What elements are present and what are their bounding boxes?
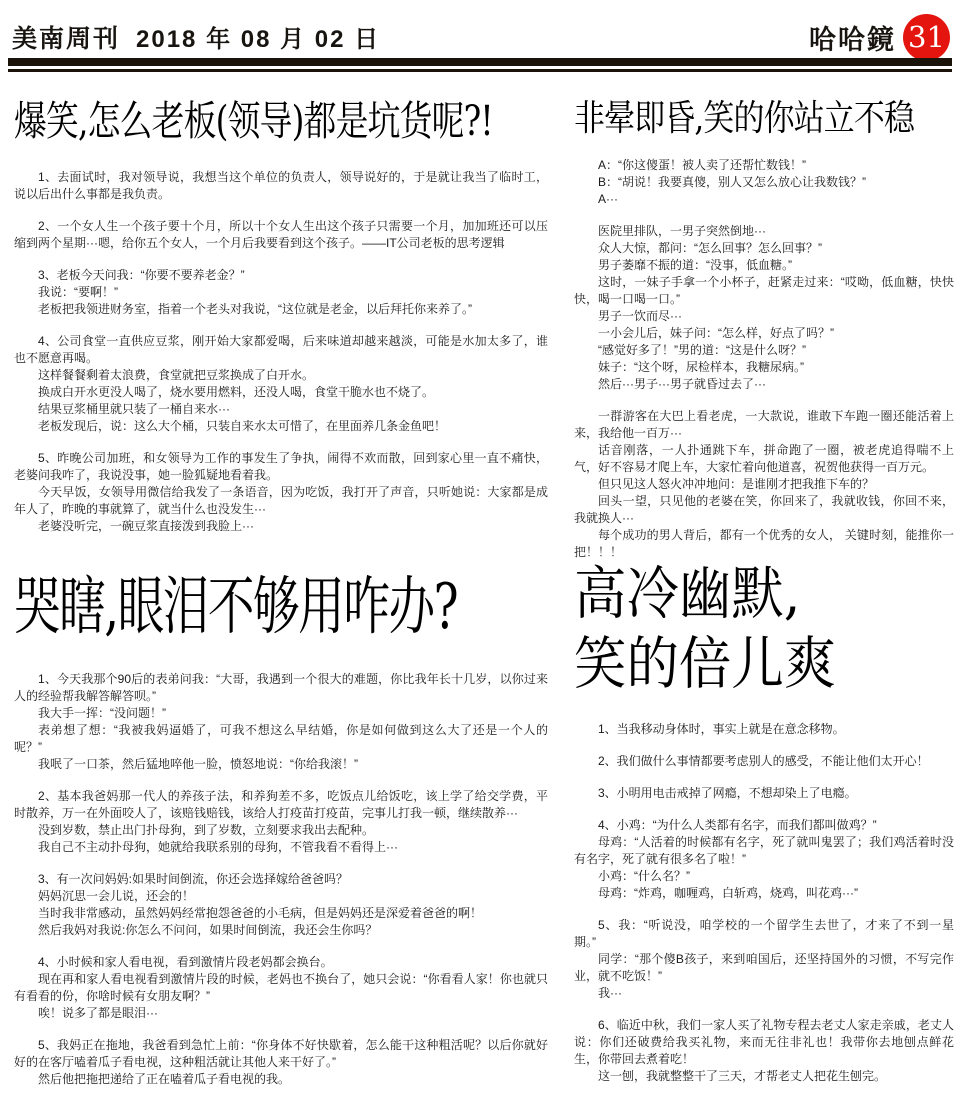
joke-paragraph: 我呡了一口茶，然后猛地啐他一脸，愤怒地说：“你给我滚！” [14,756,548,773]
joke-paragraph: 老板发现后，说：这么大个桶，只装自来水太可惜了，在里面养几条金鱼吧！ [14,418,548,435]
page-header: 美南周刊 2018 年 08 月 02 日 哈哈鏡 31 [12,14,950,60]
joke-paragraph: 每个成功的男人背后，都有一个优秀的女人， 关键时刻，能推你一把！！！ [574,527,954,561]
article-cool-jokes: 高冷幽默,笑的倍儿爽 1、当我移动身体时，事实上就是在意念移物。2、我们做什么事… [574,560,954,1100]
joke-block: 1、今天我那个90后的表弟问我：“大哥，我遇到一个很大的难题，你比我年长十几岁，… [14,671,548,773]
joke-block: 2、一个女人生一个孩子要十个月，所以十个女人生出这个孩子只需要一个月，加加班还可… [14,218,548,252]
joke-block: A：“你这傻蛋！被人卖了还帮忙数钱！”B：“胡说！我要真傻，别人又怎么放心让我数… [574,157,954,208]
joke-block: 4、小鸡：“为什么人类都有名字，而我们都叫做鸡？”母鸡：“人活着的时候都有名字，… [574,817,954,902]
joke-paragraph: 表弟想了想：“我被我妈逼婚了，可我不想这么早结婚，你是如何做到这么大了还是一个人… [14,722,548,756]
joke-paragraph: 同学：“那个傻B孩子，来到咱国后，还坚持国外的习惯，不写完作业，就不吃饭！” [574,951,954,985]
article-title: 爆笑,怎么老板(领导)都是坑货呢?! [14,88,441,147]
joke-block: 5、我妈正在拖地，我爸看到急忙上前：“你身体不好快歇着，怎么能干这种粗活呢？以后… [14,1037,548,1088]
joke-paragraph: 现在再和家人看电视看到激情片段的时候，老妈也不换台了，她只会说：“你看看人家！你… [14,971,548,1005]
joke-block: 4、小时候和家人看电视，看到激情片段老妈都会换台。现在再和家人看电视看到激情片段… [14,954,548,1022]
joke-paragraph: 这一刨，我就整整干了三天，才帮老丈人把花生刨完。 [574,1068,954,1085]
joke-paragraph: 母鸡：“炸鸡，咖喱鸡，白斩鸡，烧鸡，叫花鸡···” [574,885,954,902]
article-title: 高冷幽默,笑的倍儿爽 [574,560,924,699]
header-divider [8,58,952,72]
newspaper-page: 美南周刊 2018 年 08 月 02 日 哈哈鏡 31 爆笑,怎么老板(领导)… [0,0,960,1104]
joke-paragraph: B：“胡说！我要真傻，别人又怎么放心让我数钱？” [574,174,954,191]
joke-paragraph: 医院里排队，一男子突然倒地··· [574,223,954,240]
issue-date: 2018 年 08 月 02 日 [136,19,380,54]
masthead-block: 美南周刊 2018 年 08 月 02 日 [12,19,380,55]
joke-block: 医院里排队，一男子突然倒地···众人大惊，都问：“怎么回事？怎么回事？”男子萎靡… [574,223,954,393]
joke-paragraph: 然后我妈对我说:你怎么不问问，如果时间倒流，我还会生你吗？ [14,922,548,939]
joke-paragraph: 1、去面试时，我对领导说，我想当这个单位的负责人，领导说好的，于是就让我当了临时… [14,169,548,203]
joke-block: 5、昨晚公司加班，和女领导为工作的事发生了争执，闹得不欢而散，回到家心里一直不痛… [14,450,548,535]
joke-block: 1、当我移动身体时，事实上就是在意念移物。 [574,721,954,738]
joke-paragraph: 3、小明用电击戒掉了网瘾，不想却染上了电瘾。 [574,785,954,802]
joke-paragraph: 换成白开水更没人喝了，烧水要用燃料，还没人喝，食堂干脆水也不烧了。 [14,384,548,401]
joke-paragraph: 众人大惊，都问：“怎么回事？怎么回事？” [574,240,954,257]
joke-block: 6、临近中秋，我们一家人买了礼物专程去老丈人家走亲戚，老丈人说：你们还破费给我买… [574,1017,954,1085]
article-body: A：“你这傻蛋！被人卖了还帮忙数钱！”B：“胡说！我要真傻，别人又怎么放心让我数… [574,157,954,561]
divider-thick-line [8,58,952,66]
joke-block: 3、有一次问妈妈:如果时间倒流，你还会选择嫁给爸爸吗？妈妈沉思一会儿说，还会的！… [14,871,548,939]
joke-paragraph: “感觉好多了！”男的道：“这是什么呀？” [574,342,954,359]
joke-paragraph: 妹子：“这个呀，尿检样本，我糖尿病。” [574,359,954,376]
joke-paragraph: 2、基本我爸妈那一代人的养孩子法，和养狗差不多，吃饭点儿给饭吃，该上学了给交学费… [14,788,548,822]
joke-block: 2、我们做什么事情都要考虑别人的感受，不能让他们太开心！ [574,753,954,770]
article-body: 1、去面试时，我对领导说，我想当这个单位的负责人，领导说好的，于是就让我当了临时… [14,169,548,535]
joke-paragraph: 5、我妈正在拖地，我爸看到急忙上前：“你身体不好快歇着，怎么能干这种粗活呢？以后… [14,1037,548,1071]
joke-paragraph: 2、一个女人生一个孩子要十个月，所以十个女人生出这个孩子只需要一个月，加加班还可… [14,218,548,252]
joke-paragraph: 这样餐餐剩着太浪费，食堂就把豆浆换成了白开水。 [14,367,548,384]
joke-paragraph: 结果豆浆桶里就只装了一桶自来水··· [14,401,548,418]
joke-paragraph: 但只见这人怒火冲冲地问：是谁刚才把我推下车的？ [574,476,954,493]
joke-block: 4、公司食堂一直供应豆浆，刚开始大家都爱喝，后来味道却越来越淡，可能是水加太多了… [14,333,548,435]
joke-paragraph: 这时，一妹子手拿一个小杯子，赶紧走过来：“哎呦，低血糖，快快快，喝一口喝一口。” [574,274,954,308]
joke-paragraph: 回头一望，只见他的老婆在笑，你回来了，我就收钱，你回不来，我就换人··· [574,493,954,527]
page-number-badge: 31 [903,14,950,61]
joke-paragraph: 小鸡：“什么名？” [574,868,954,885]
joke-paragraph: 我··· [574,985,954,1002]
joke-paragraph: 我大手一挥：“没问题！” [14,705,548,722]
article-cry-jokes: 哭瞎,眼泪不够用咋办? 1、今天我那个90后的表弟问我：“大哥，我遇到一个很大的… [14,556,548,1103]
joke-paragraph: 男子萎靡不振的道：“没事，低血糖。” [574,257,954,274]
joke-paragraph: 然后他把拖把递给了正在嗑着瓜子看电视的我。 [14,1071,548,1088]
joke-paragraph: 母鸡：“人活着的时候都有名字，死了就叫鬼罢了；我们鸡活着时没有名字，死了就有很多… [574,834,954,868]
joke-paragraph: 1、当我移动身体时，事实上就是在意念移物。 [574,721,954,738]
joke-paragraph: 5、我：“听说没，咱学校的一个留学生去世了，才来了不到一星期。” [574,917,954,951]
article-title: 哭瞎,眼泪不够用咋办? [14,556,409,647]
divider-thin-line [8,69,952,72]
joke-block: 5、我：“听说没，咱学校的一个留学生去世了，才来了不到一星期。”同学：“那个傻B… [574,917,954,1002]
joke-paragraph: 一小会儿后，妹子问：“怎么样，好点了吗？” [574,325,954,342]
joke-paragraph: 妈妈沉思一会儿说，还会的！ [14,888,548,905]
article-title-line2: 笑的倍儿爽 [574,631,836,697]
joke-paragraph: 一群游客在大巴上看老虎，一大款说，谁敢下车跑一圈还能活着上来，我给他一百万··· [574,408,954,442]
joke-block: 一群游客在大巴上看老虎，一大款说，谁敢下车跑一圈还能活着上来，我给他一百万···… [574,408,954,561]
joke-paragraph: 我自己不主动扑母狗，她就给我联系别的母狗，不管我看不看得上··· [14,839,548,856]
joke-block: 1、去面试时，我对领导说，我想当这个单位的负责人，领导说好的，于是就让我当了临时… [14,169,548,203]
section-block: 哈哈鏡 31 [809,14,950,61]
joke-paragraph: 老婆没听完，一碗豆浆直接泼到我脸上··· [14,518,548,535]
joke-paragraph: A··· [574,191,954,208]
joke-paragraph: 3、老板今天问我：“你要不要养老金？” [14,267,548,284]
joke-paragraph: 2、我们做什么事情都要考虑别人的感受，不能让他们太开心！ [574,753,954,770]
joke-paragraph: 3、有一次问妈妈:如果时间倒流，你还会选择嫁给爸爸吗？ [14,871,548,888]
joke-paragraph: 老板把我领进财务室，指着一个老头对我说，“这位就是老金，以后拜托你来养了。” [14,301,548,318]
joke-paragraph: A：“你这傻蛋！被人卖了还帮忙数钱！” [574,157,954,174]
joke-paragraph: 今天早饭，女领导用微信给我发了一条语音，因为吃饭，我打开了声音，只听她说：大家都… [14,484,548,518]
joke-paragraph: 男子一饮而尽··· [574,308,954,325]
joke-block: 3、老板今天问我：“你要不要养老金？”我说：“要啊！”老板把我领进财务室，指着一… [14,267,548,318]
joke-paragraph: 然后···男子···男子就昏过去了··· [574,376,954,393]
article-body: 1、今天我那个90后的表弟问我：“大哥，我遇到一个很大的难题，你比我年长十几岁，… [14,671,548,1088]
article-dizzy-jokes: 非晕即昏,笑的你站立不稳 A：“你这傻蛋！被人卖了还帮忙数钱！”B：“胡说！我要… [574,90,954,576]
joke-paragraph: 4、公司食堂一直供应豆浆，刚开始大家都爱喝，后来味道却越来越淡，可能是水加太多了… [14,333,548,367]
article-body: 1、当我移动身体时，事实上就是在意念移物。2、我们做什么事情都要考虑别人的感受，… [574,721,954,1085]
joke-paragraph: 5、昨晚公司加班，和女领导为工作的事发生了争执，闹得不欢而散，回到家心里一直不痛… [14,450,548,484]
joke-paragraph: 4、小鸡：“为什么人类都有名字，而我们都叫做鸡？” [574,817,954,834]
joke-paragraph: 唉！说多了都是眼泪··· [14,1005,548,1022]
joke-paragraph: 我说：“要啊！” [14,284,548,301]
joke-paragraph: 没到岁数，禁止出门扑母狗，到了岁数，立刻要求我出去配种。 [14,822,548,839]
section-title: 哈哈鏡 [809,18,896,57]
article-title: 非晕即昏,笑的你站立不稳 [574,90,901,141]
joke-paragraph: 1、今天我那个90后的表弟问我：“大哥，我遇到一个很大的难题，你比我年长十几岁，… [14,671,548,705]
joke-paragraph: 6、临近中秋，我们一家人买了礼物专程去老丈人家走亲戚，老丈人说：你们还破费给我买… [574,1017,954,1068]
joke-paragraph: 4、小时候和家人看电视，看到激情片段老妈都会换台。 [14,954,548,971]
joke-block: 2、基本我爸妈那一代人的养孩子法，和养狗差不多，吃饭点儿给饭吃，该上学了给交学费… [14,788,548,856]
joke-block: 3、小明用电击戒掉了网瘾，不想却染上了电瘾。 [574,785,954,802]
article-boss-jokes: 爆笑,怎么老板(领导)都是坑货呢?! 1、去面试时，我对领导说，我想当这个单位的… [14,88,548,550]
masthead-title: 美南周刊 [12,19,120,55]
joke-paragraph: 当时我非常感动，虽然妈妈经常抱怨爸爸的小毛病，但是妈妈还是深爱着爸爸的啊！ [14,905,548,922]
joke-paragraph: 话音刚落，一人扑通跳下车，拼命跑了一圈，被老虎追得喘不上气，好不容易才爬上车，大… [574,442,954,476]
article-title-line1: 高冷幽默, [574,561,800,627]
